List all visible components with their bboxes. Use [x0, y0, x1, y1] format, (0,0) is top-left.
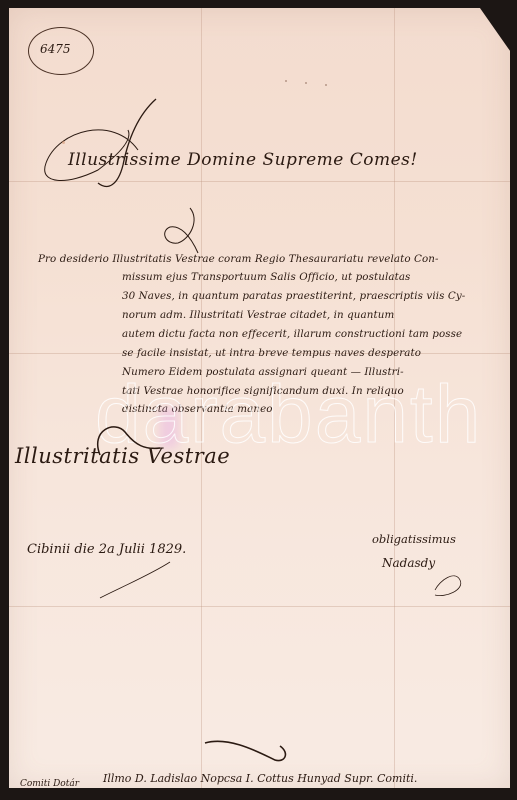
signature-prefix: obligatissimus [372, 532, 456, 546]
body-line: missum ejus Transportuum Salis Officio, … [122, 271, 410, 283]
reference-number: 6475 [40, 42, 71, 56]
foxing-spot [325, 84, 327, 86]
closing-phrase: Illustritatis Vestrae [15, 444, 230, 468]
body-line: autem dictu facta non effecerit, illarum… [122, 328, 462, 340]
foxing-spot [285, 80, 287, 82]
address-note: Comiti Dotár [20, 779, 79, 789]
body-line: 30 Naves, in quantum paratas praestiteri… [122, 290, 465, 302]
body-line: norum adm. Illustritati Vestrae citadet,… [122, 309, 394, 321]
signature: Nadasdy [382, 556, 435, 570]
foxing-spot [305, 82, 307, 84]
salutation: Illustrissime Domine Supreme Comes! [68, 150, 418, 170]
foxing-spot [62, 141, 65, 144]
body-line: se facile insistat, ut intra breve tempu… [122, 347, 421, 359]
initial-flourish-icon [38, 95, 168, 195]
address-line: Illmo D. Ladislao Nopcsa I. Cottus Hunya… [103, 772, 417, 785]
paragraph-flourish-icon [160, 205, 220, 260]
signature-flourish-icon [430, 570, 470, 600]
address-flourish-icon [200, 738, 290, 768]
fold-line [9, 606, 510, 607]
body-line: Pro desiderio Illustritatis Vestrae cora… [38, 253, 439, 265]
date-flourish-icon [95, 560, 175, 600]
dateline: Cibinii die 2a Julii 1829. [27, 542, 186, 557]
